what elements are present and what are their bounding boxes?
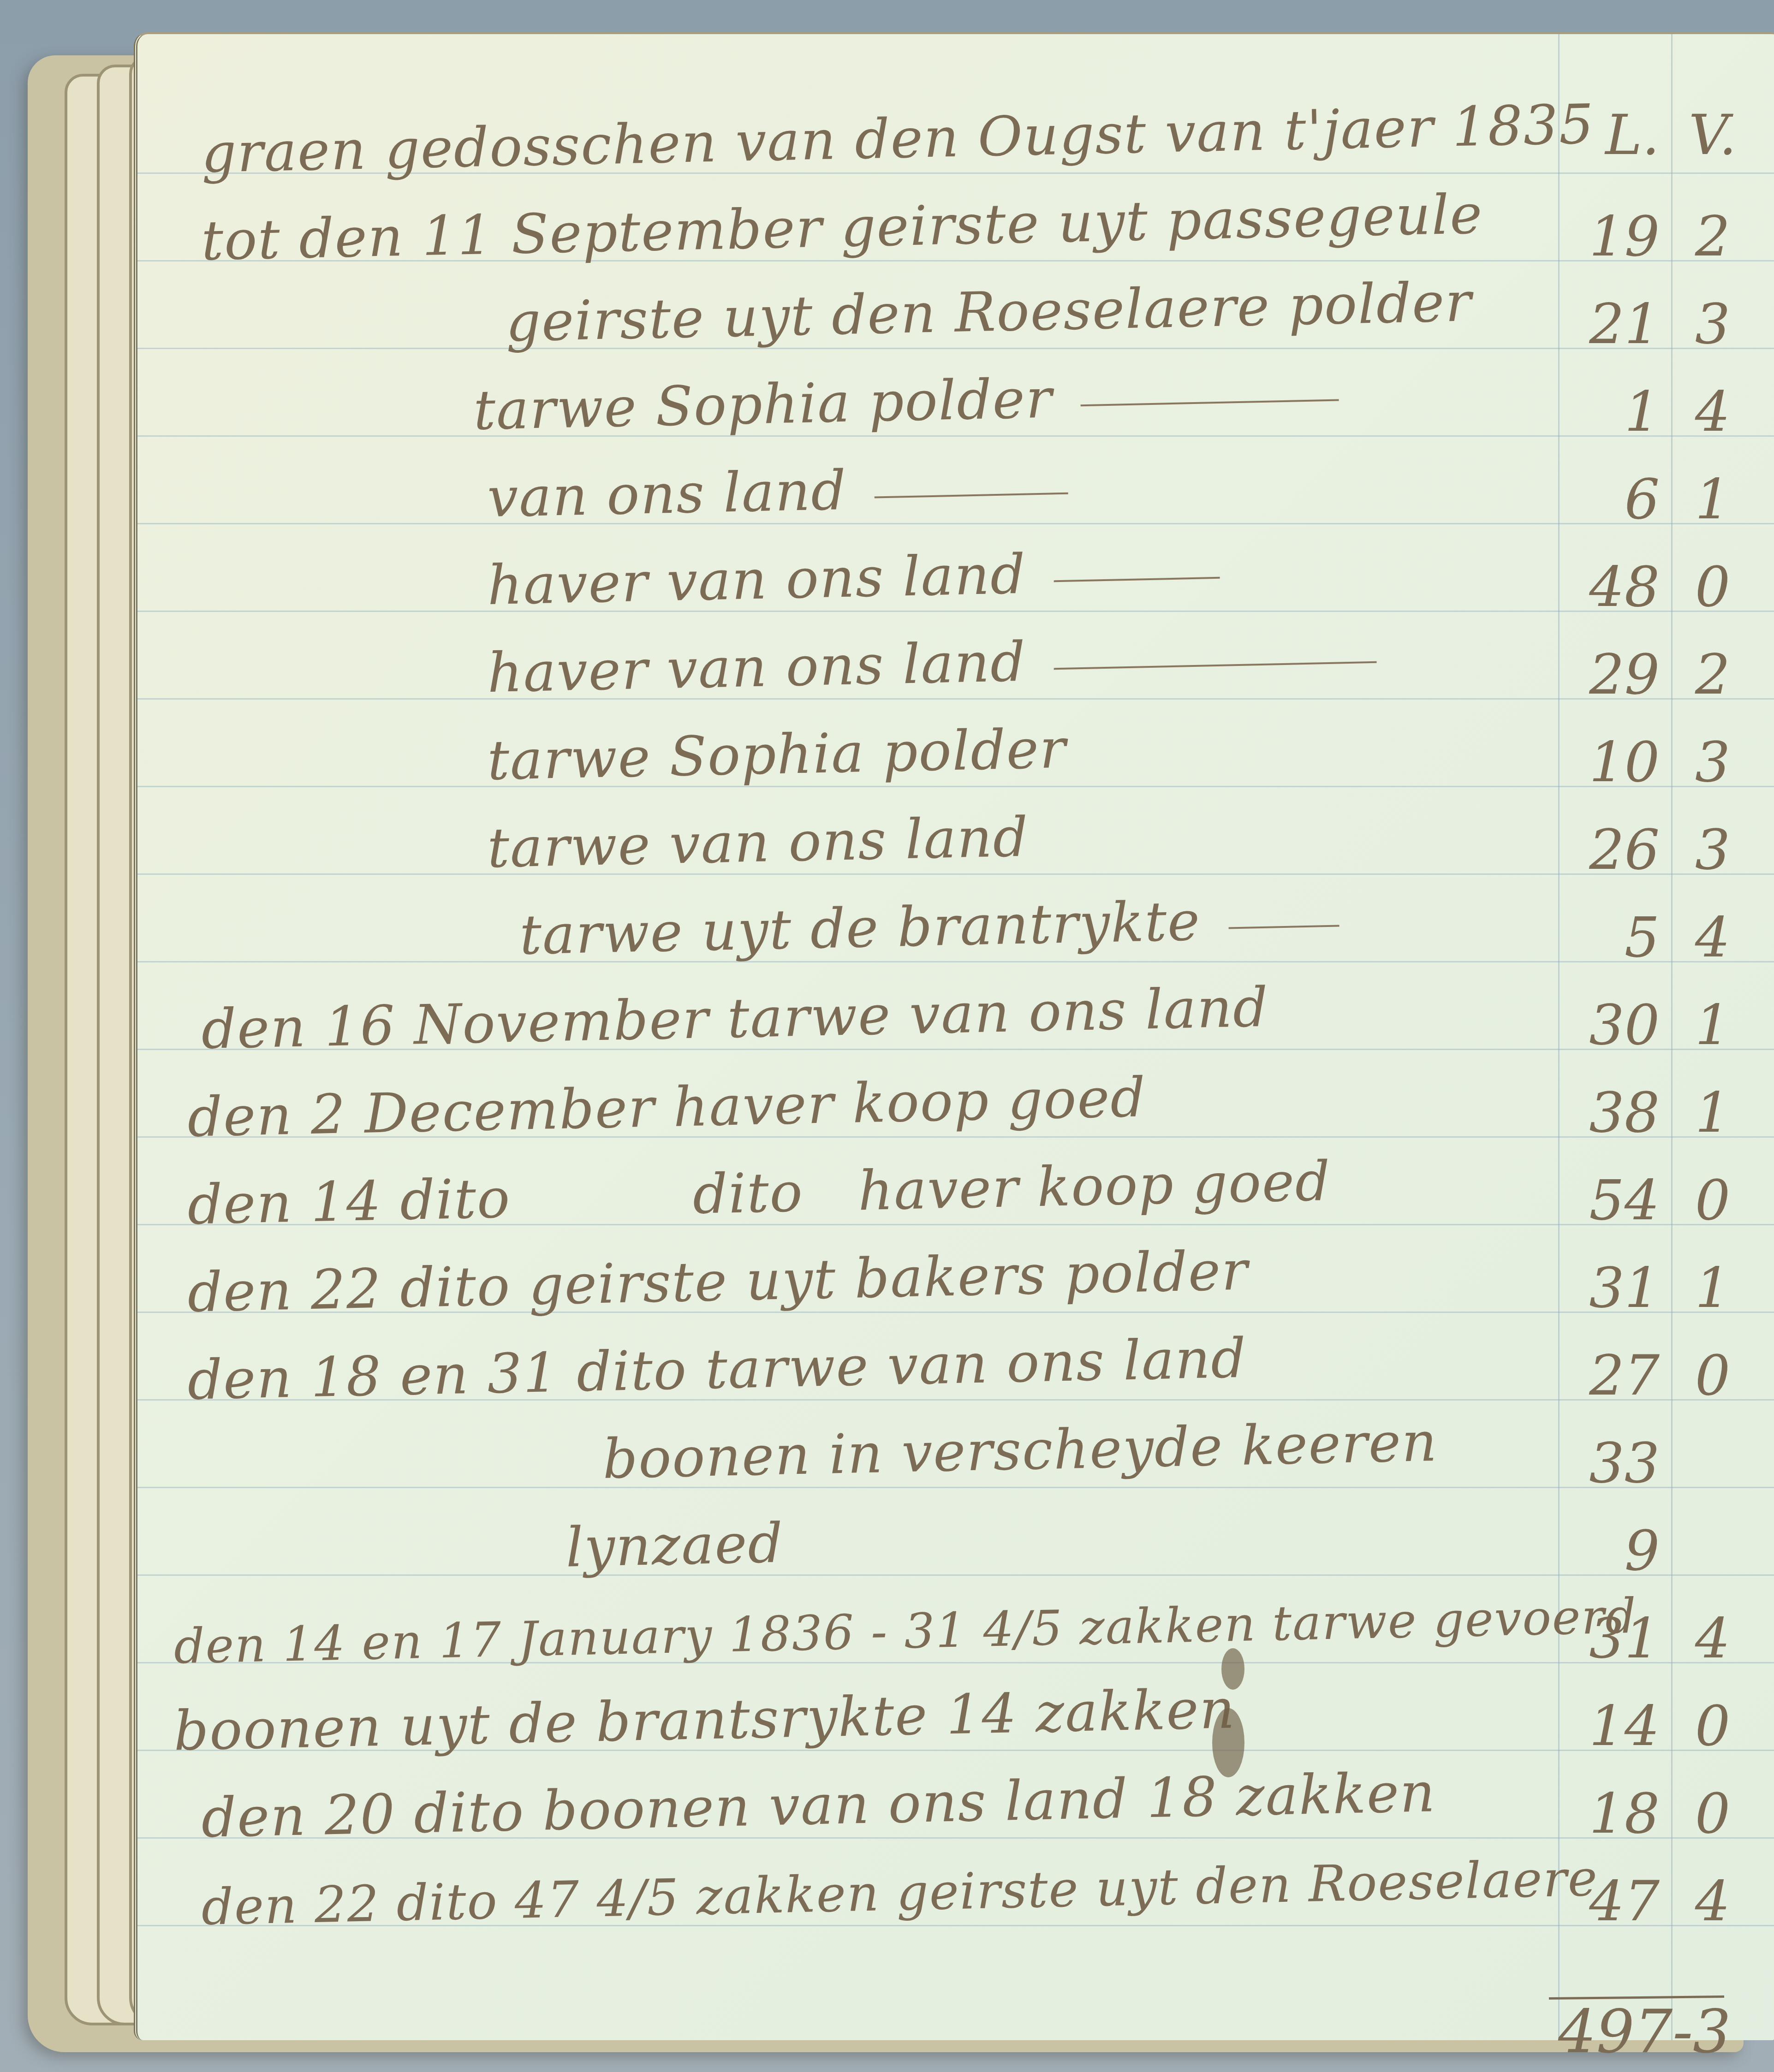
ledger-page: L. V. graen gedosschen van den Ougst van… [134, 32, 1774, 2040]
entry-vaten: 1 [1687, 993, 1738, 1057]
entry-vaten: 1 [1687, 1256, 1738, 1320]
entry-lasten: 31 [1572, 1607, 1660, 1671]
ink-stain [1221, 1648, 1244, 1690]
entry-lasten: 47 [1572, 1870, 1660, 1934]
entry-vaten: 4 [1687, 1607, 1738, 1671]
entry-vaten: 0 [1687, 1169, 1738, 1233]
entry-text: lynzaed [565, 1516, 784, 1575]
entry-vaten: 4 [1687, 1870, 1738, 1934]
column-header-vaten: V. [1687, 103, 1738, 167]
entry-vaten: 0 [1687, 1782, 1738, 1846]
entry-vaten: 1 [1687, 1081, 1738, 1145]
entry-text: den 22 dito 47 4/5 zakken geirste uyt de… [201, 1854, 1599, 1933]
entry-vaten: 4 [1687, 906, 1738, 970]
entry-vaten: 0 [1687, 1694, 1738, 1758]
ink-stain [1212, 1708, 1244, 1777]
ledger-total: 497-3 [1558, 1996, 1743, 2066]
entry-text: van ons land [487, 463, 847, 525]
entry-lasten: 9 [1572, 1519, 1660, 1583]
